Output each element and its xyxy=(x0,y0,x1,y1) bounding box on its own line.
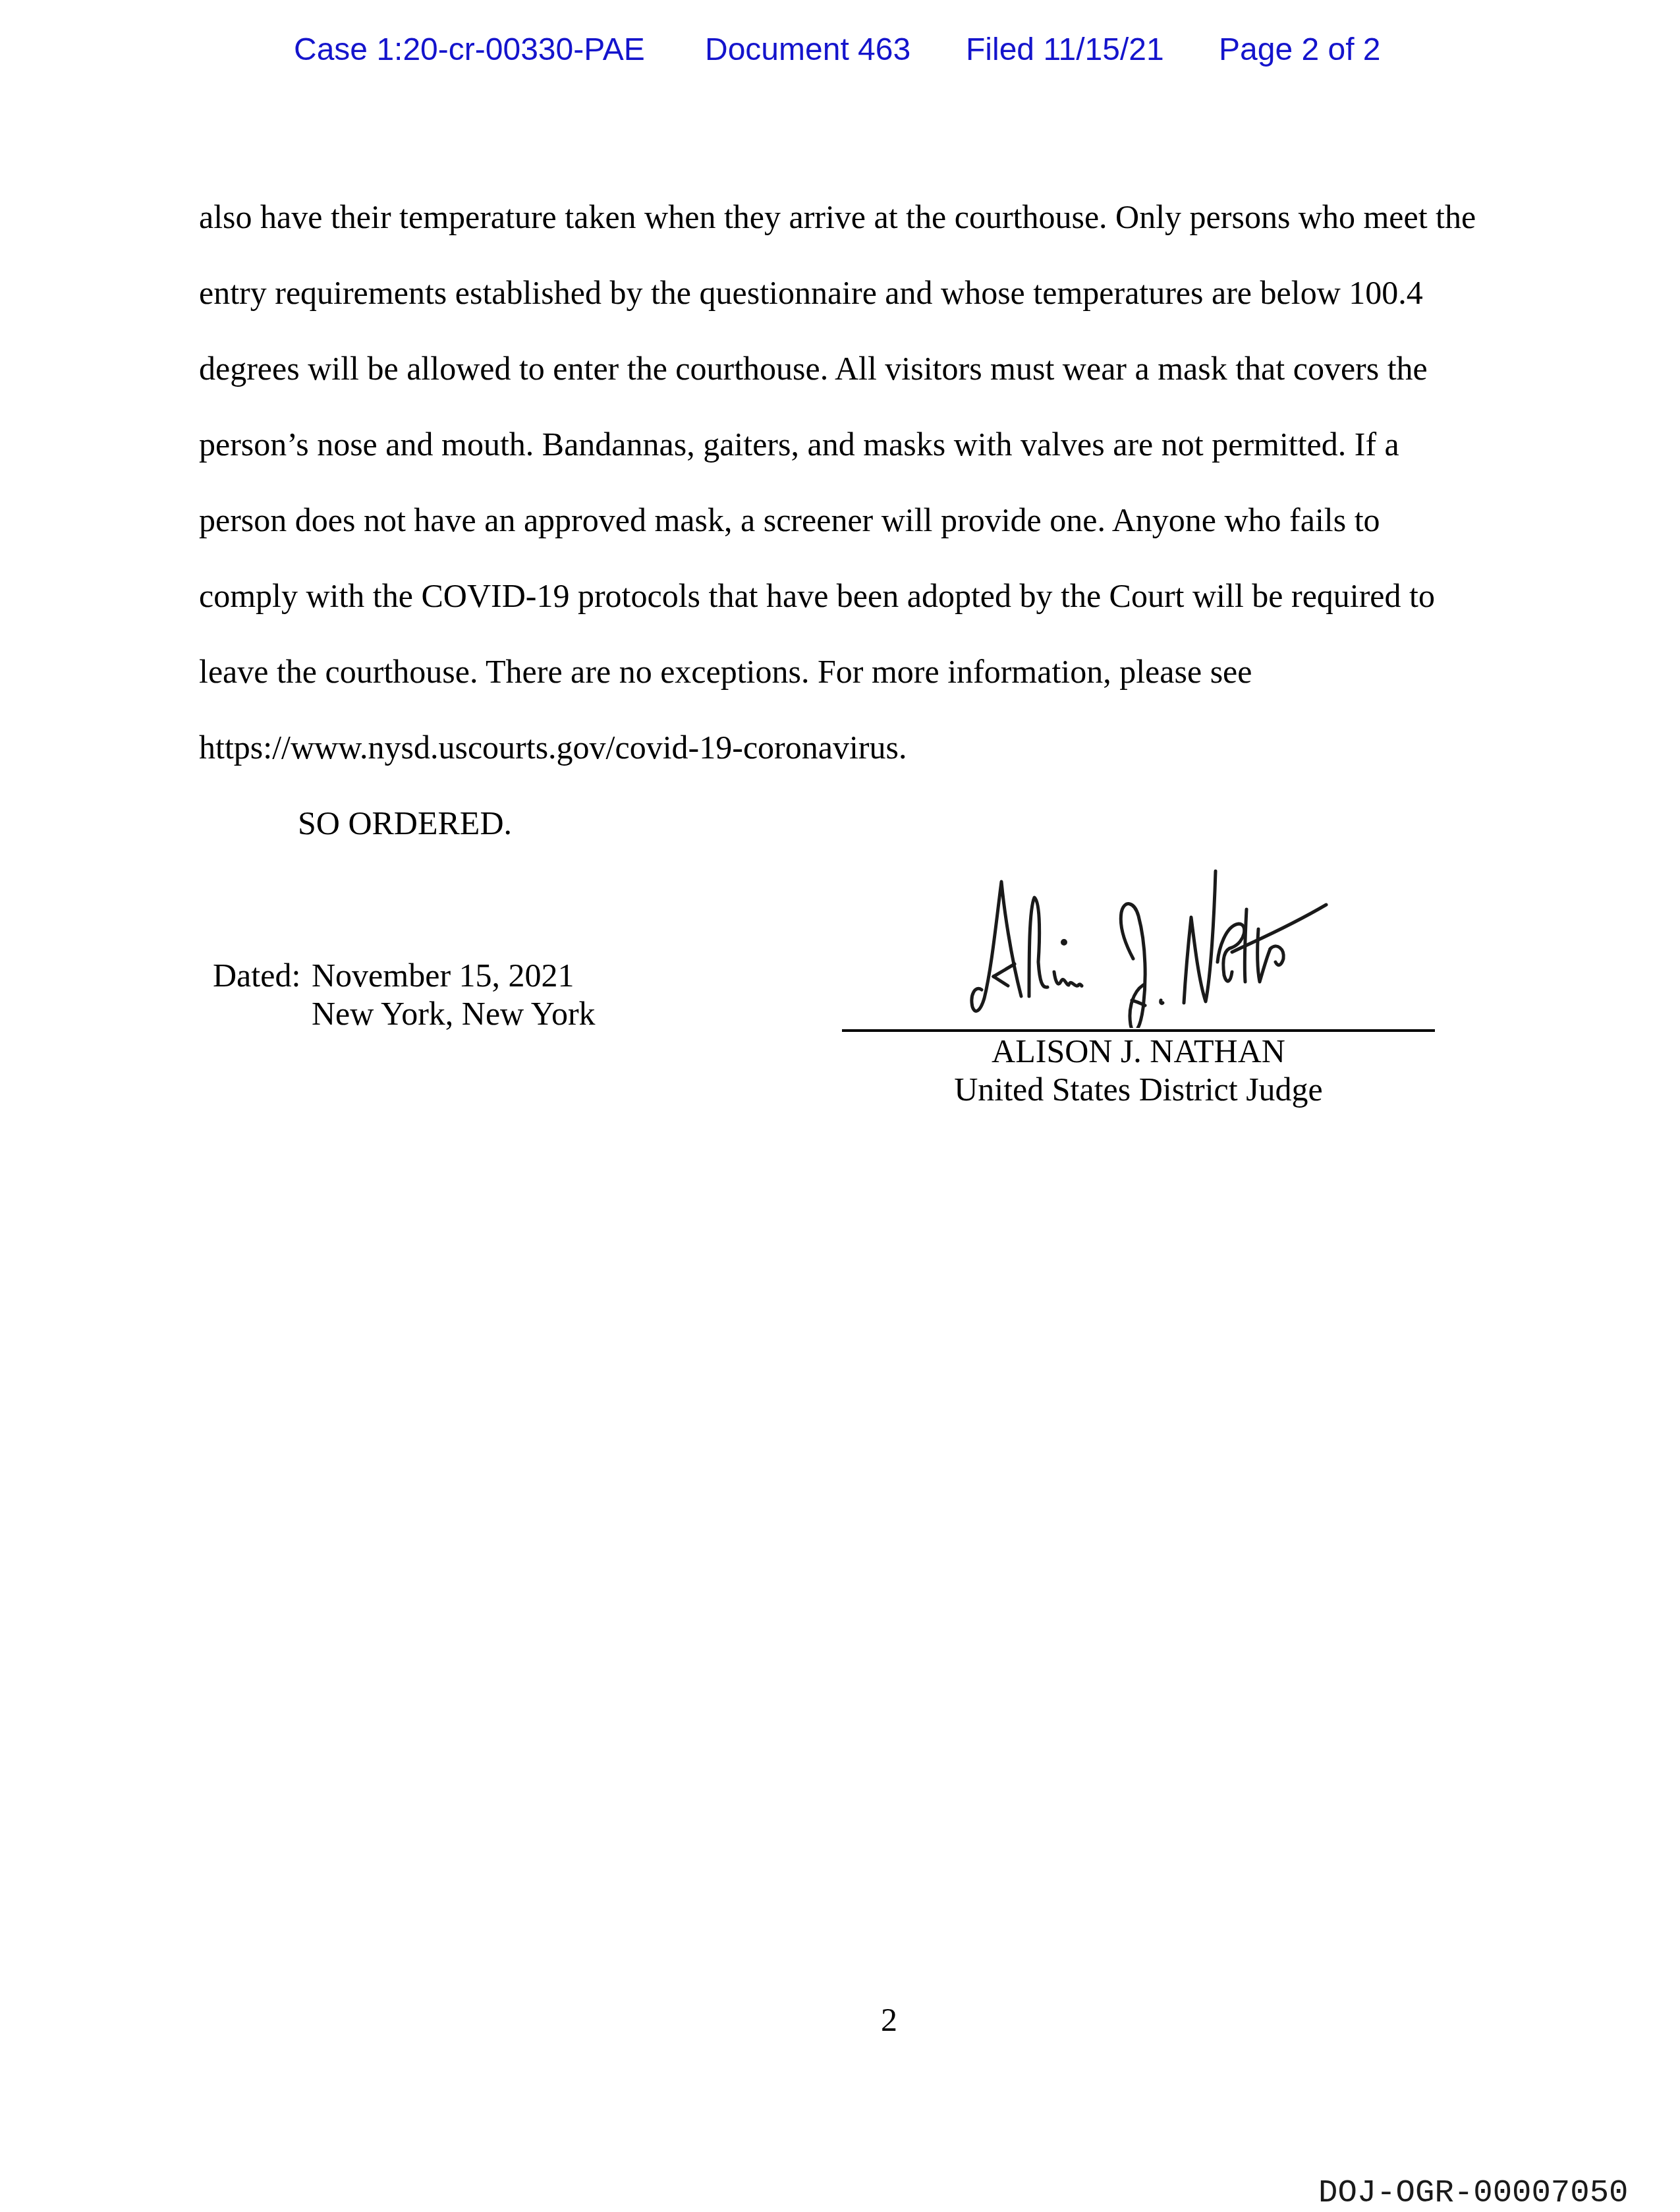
body-line: entry requirements established by the qu… xyxy=(199,273,1423,312)
covid-info-url: https://www.nysd.uscourts.gov/covid-19-c… xyxy=(199,727,907,767)
filed-date: Filed 11/15/21 xyxy=(966,32,1164,69)
body-line: also have their temperature taken when t… xyxy=(199,197,1476,237)
body-line: degrees will be allowed to enter the cou… xyxy=(199,349,1428,388)
judge-signature-icon xyxy=(955,850,1351,1028)
judge-title: United States District Judge xyxy=(842,1069,1435,1109)
document-number: Document 463 xyxy=(705,32,910,69)
body-line: leave the courthouse. There are no excep… xyxy=(199,652,1252,691)
body-line: person does not have an approved mask, a… xyxy=(199,500,1380,540)
dated-place: New York, New York xyxy=(312,994,596,1033)
bates-number: DOJ-OGR-00007050 xyxy=(1318,2174,1628,2211)
body-line: comply with the COVID-19 protocols that … xyxy=(199,576,1435,615)
dated-date: November 15, 2021 xyxy=(312,955,574,995)
page-number: 2 xyxy=(881,2000,897,2039)
case-number: Case 1:20-cr-00330-PAE xyxy=(294,32,645,69)
dated-label: Dated: xyxy=(213,955,300,995)
so-ordered: SO ORDERED. xyxy=(298,803,512,843)
page-indicator: Page 2 of 2 xyxy=(1219,32,1381,69)
body-line: person’s nose and mouth. Bandannas, gait… xyxy=(199,424,1399,464)
judge-name: ALISON J. NATHAN xyxy=(842,1031,1435,1071)
